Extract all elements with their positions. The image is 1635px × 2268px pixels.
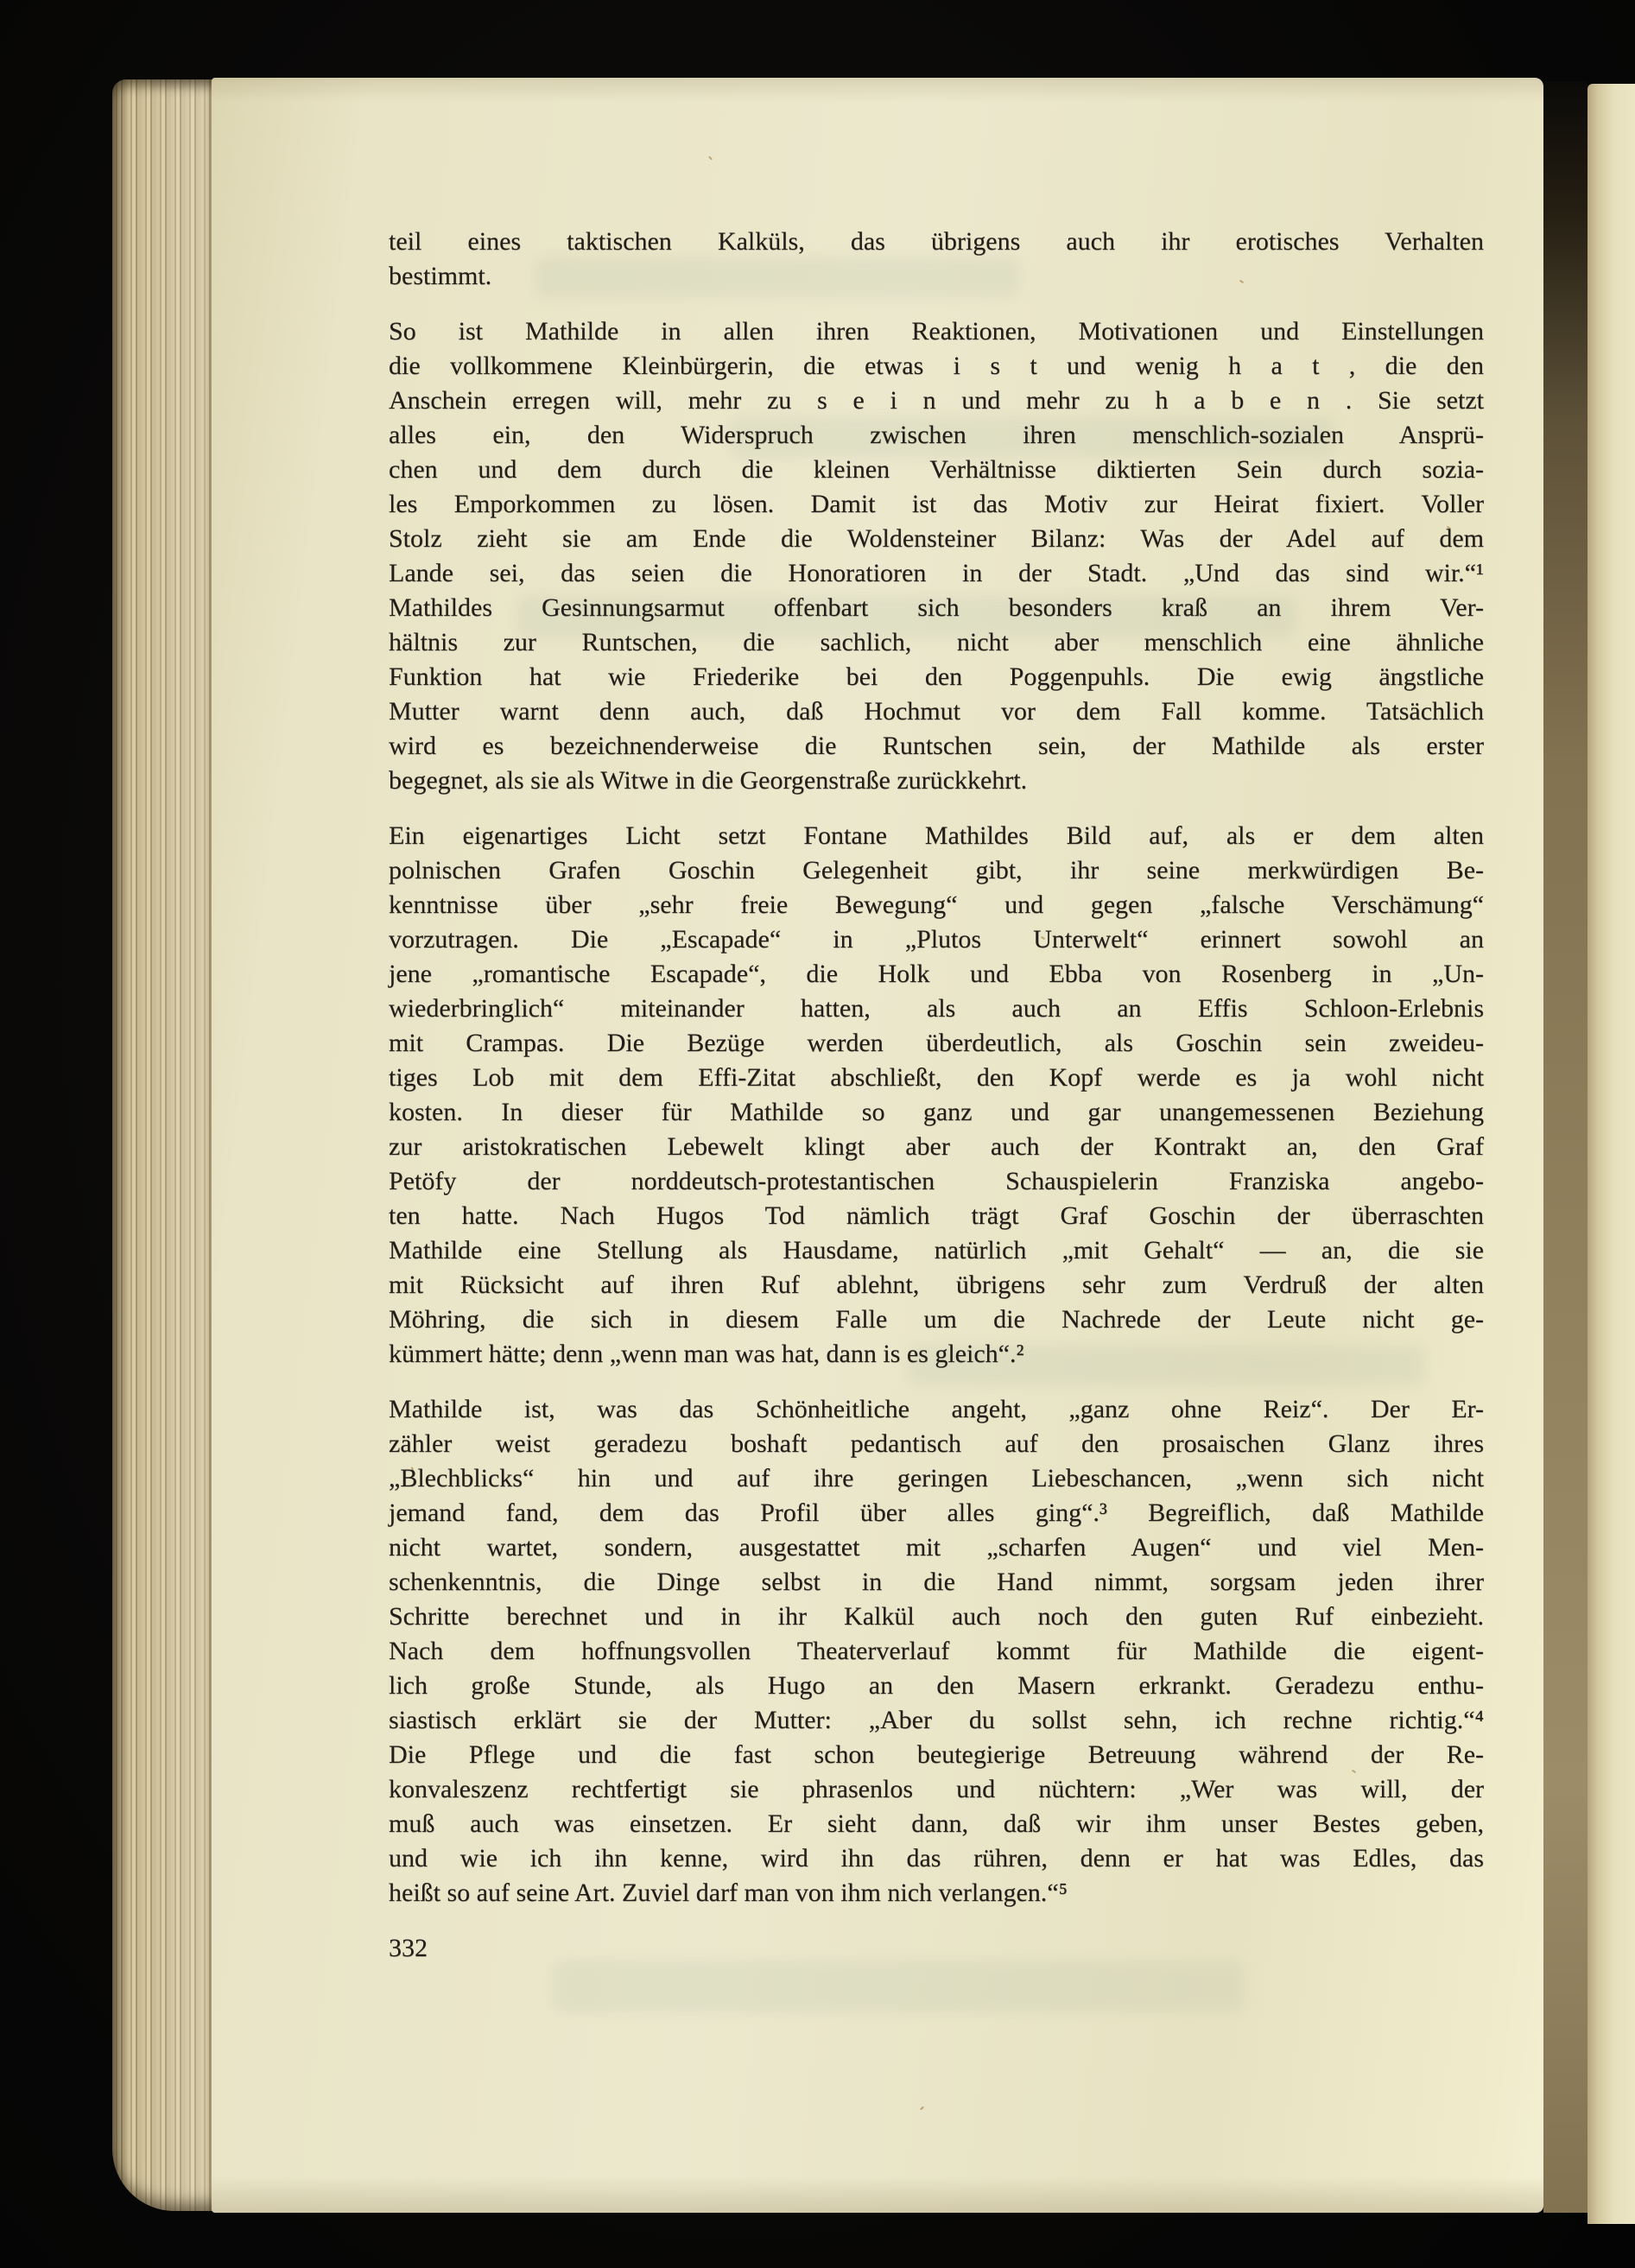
text-line: Die Pflege und die fast schon beutegieri… (389, 1738, 1484, 1772)
text-line: lich große Stunde, als Hugo an den Maser… (389, 1669, 1484, 1703)
page-stack-edge (112, 79, 216, 2211)
text-line: Ein eigenartiges Licht setzt Fontane Mat… (389, 819, 1484, 853)
text-line: jemand fand, dem das Profil über alles g… (389, 1496, 1484, 1530)
adjacent-page-edge (1587, 84, 1635, 2224)
text-line: kümmert hätte; denn „wenn man was hat, d… (389, 1337, 1484, 1372)
text-line: schenkenntnis, die Dinge selbst in die H… (389, 1565, 1484, 1600)
text-line: kosten. In dieser für Mathilde so ganz u… (389, 1095, 1484, 1130)
text-line: Mathildes Gesinnungsarmut offenbart sich… (389, 591, 1484, 625)
text-line: Nach dem hoffnungsvollen Theaterverlauf … (389, 1634, 1484, 1669)
paper-fleck (708, 155, 713, 160)
text-line: wiederbringlich“ miteinander hatten, als… (389, 991, 1484, 1026)
text-line: Petöfy der norddeutsch-protestantischen … (389, 1164, 1484, 1199)
text-line: bestimmt. (389, 259, 1484, 294)
text-line: Mathilde ist, was das Schönheitliche ang… (389, 1392, 1484, 1427)
text-line: muß auch was einsetzen. Er sieht dann, d… (389, 1807, 1484, 1841)
text-block: teil eines taktischen Kalküls, das übrig… (389, 225, 1484, 1910)
text-line: Lande sei, das seien die Honoratioren in… (389, 556, 1484, 591)
text-line: begegnet, als sie als Witwe in die Georg… (389, 763, 1484, 798)
paragraph: So ist Mathilde in allen ihren Reaktione… (389, 314, 1484, 798)
text-line: heißt so auf seine Art. Zuviel darf man … (389, 1876, 1484, 1910)
text-line: Funktion hat wie Friederike bei den Pogg… (389, 660, 1484, 694)
text-line: tiges Lob mit dem Effi-Zitat abschließt,… (389, 1061, 1484, 1095)
text-line: jene „romantische Escapade“, die Holk un… (389, 957, 1484, 991)
book-page: teil eines taktischen Kalküls, das übrig… (212, 78, 1543, 2213)
text-line: Stolz zieht sie am Ende die Woldensteine… (389, 522, 1484, 556)
text-line: mit Crampas. Die Bezüge werden überdeutl… (389, 1026, 1484, 1061)
text-line: Mutter warnt denn auch, daß Hochmut vor … (389, 694, 1484, 729)
text-line: wird es bezeichnenderweise die Runtschen… (389, 729, 1484, 763)
text-line: hältnis zur Runtschen, die sachlich, nic… (389, 625, 1484, 660)
page-number: 332 (389, 1931, 428, 1966)
paragraph: teil eines taktischen Kalküls, das übrig… (389, 225, 1484, 294)
text-line: les Emporkommen zu lösen. Damit ist das … (389, 487, 1484, 522)
text-line: Mathilde eine Stellung als Hausdame, nat… (389, 1233, 1484, 1268)
text-line: kenntnisse über „sehr freie Bewegung“ un… (389, 888, 1484, 922)
text-line: und wie ich ihn kenne, wird ihn das rühr… (389, 1841, 1484, 1876)
text-line: alles ein, den Widerspruch zwischen ihre… (389, 418, 1484, 453)
paragraph: Ein eigenartiges Licht setzt Fontane Mat… (389, 819, 1484, 1372)
page-edge-shadow (1543, 81, 1587, 2213)
book-scan: teil eines taktischen Kalküls, das übrig… (0, 0, 1635, 2268)
text-line: Möhring, die sich in diesem Falle um die… (389, 1302, 1484, 1337)
text-line: vorzutragen. Die „Escapade“ in „Plutos U… (389, 922, 1484, 957)
text-line: „Blechblicks“ hin und auf ihre geringen … (389, 1461, 1484, 1496)
show-through-tint (553, 1961, 1244, 2012)
text-line: mit Rücksicht auf ihren Ruf ablehnt, übr… (389, 1268, 1484, 1302)
text-line: zur aristokratischen Lebewelt klingt abe… (389, 1130, 1484, 1164)
text-line: Schritte berechnet und in ihr Kalkül auc… (389, 1600, 1484, 1634)
paper-fleck (920, 2106, 924, 2111)
text-line: die vollkommene Kleinbürgerin, die etwas… (389, 349, 1484, 383)
text-line: ten hatte. Nach Hugos Tod nämlich trägt … (389, 1199, 1484, 1233)
text-line: nicht wartet, sondern, ausgestattet mit … (389, 1530, 1484, 1565)
paragraph: Mathilde ist, was das Schönheitliche ang… (389, 1392, 1484, 1910)
text-line: chen und dem durch die kleinen Verhältni… (389, 453, 1484, 487)
text-line: zähler weist geradezu boshaft pedantisch… (389, 1427, 1484, 1461)
text-line: polnischen Grafen Goschin Gelegenheit gi… (389, 853, 1484, 888)
text-line: So ist Mathilde in allen ihren Reaktione… (389, 314, 1484, 349)
text-line: Anschein erregen will, mehr zu s e i n u… (389, 383, 1484, 418)
text-line: siastisch erklärt sie der Mutter: „Aber … (389, 1703, 1484, 1738)
text-line: teil eines taktischen Kalküls, das übrig… (389, 225, 1484, 259)
text-line: konvaleszenz rechtfertigt sie phrasenlos… (389, 1772, 1484, 1807)
